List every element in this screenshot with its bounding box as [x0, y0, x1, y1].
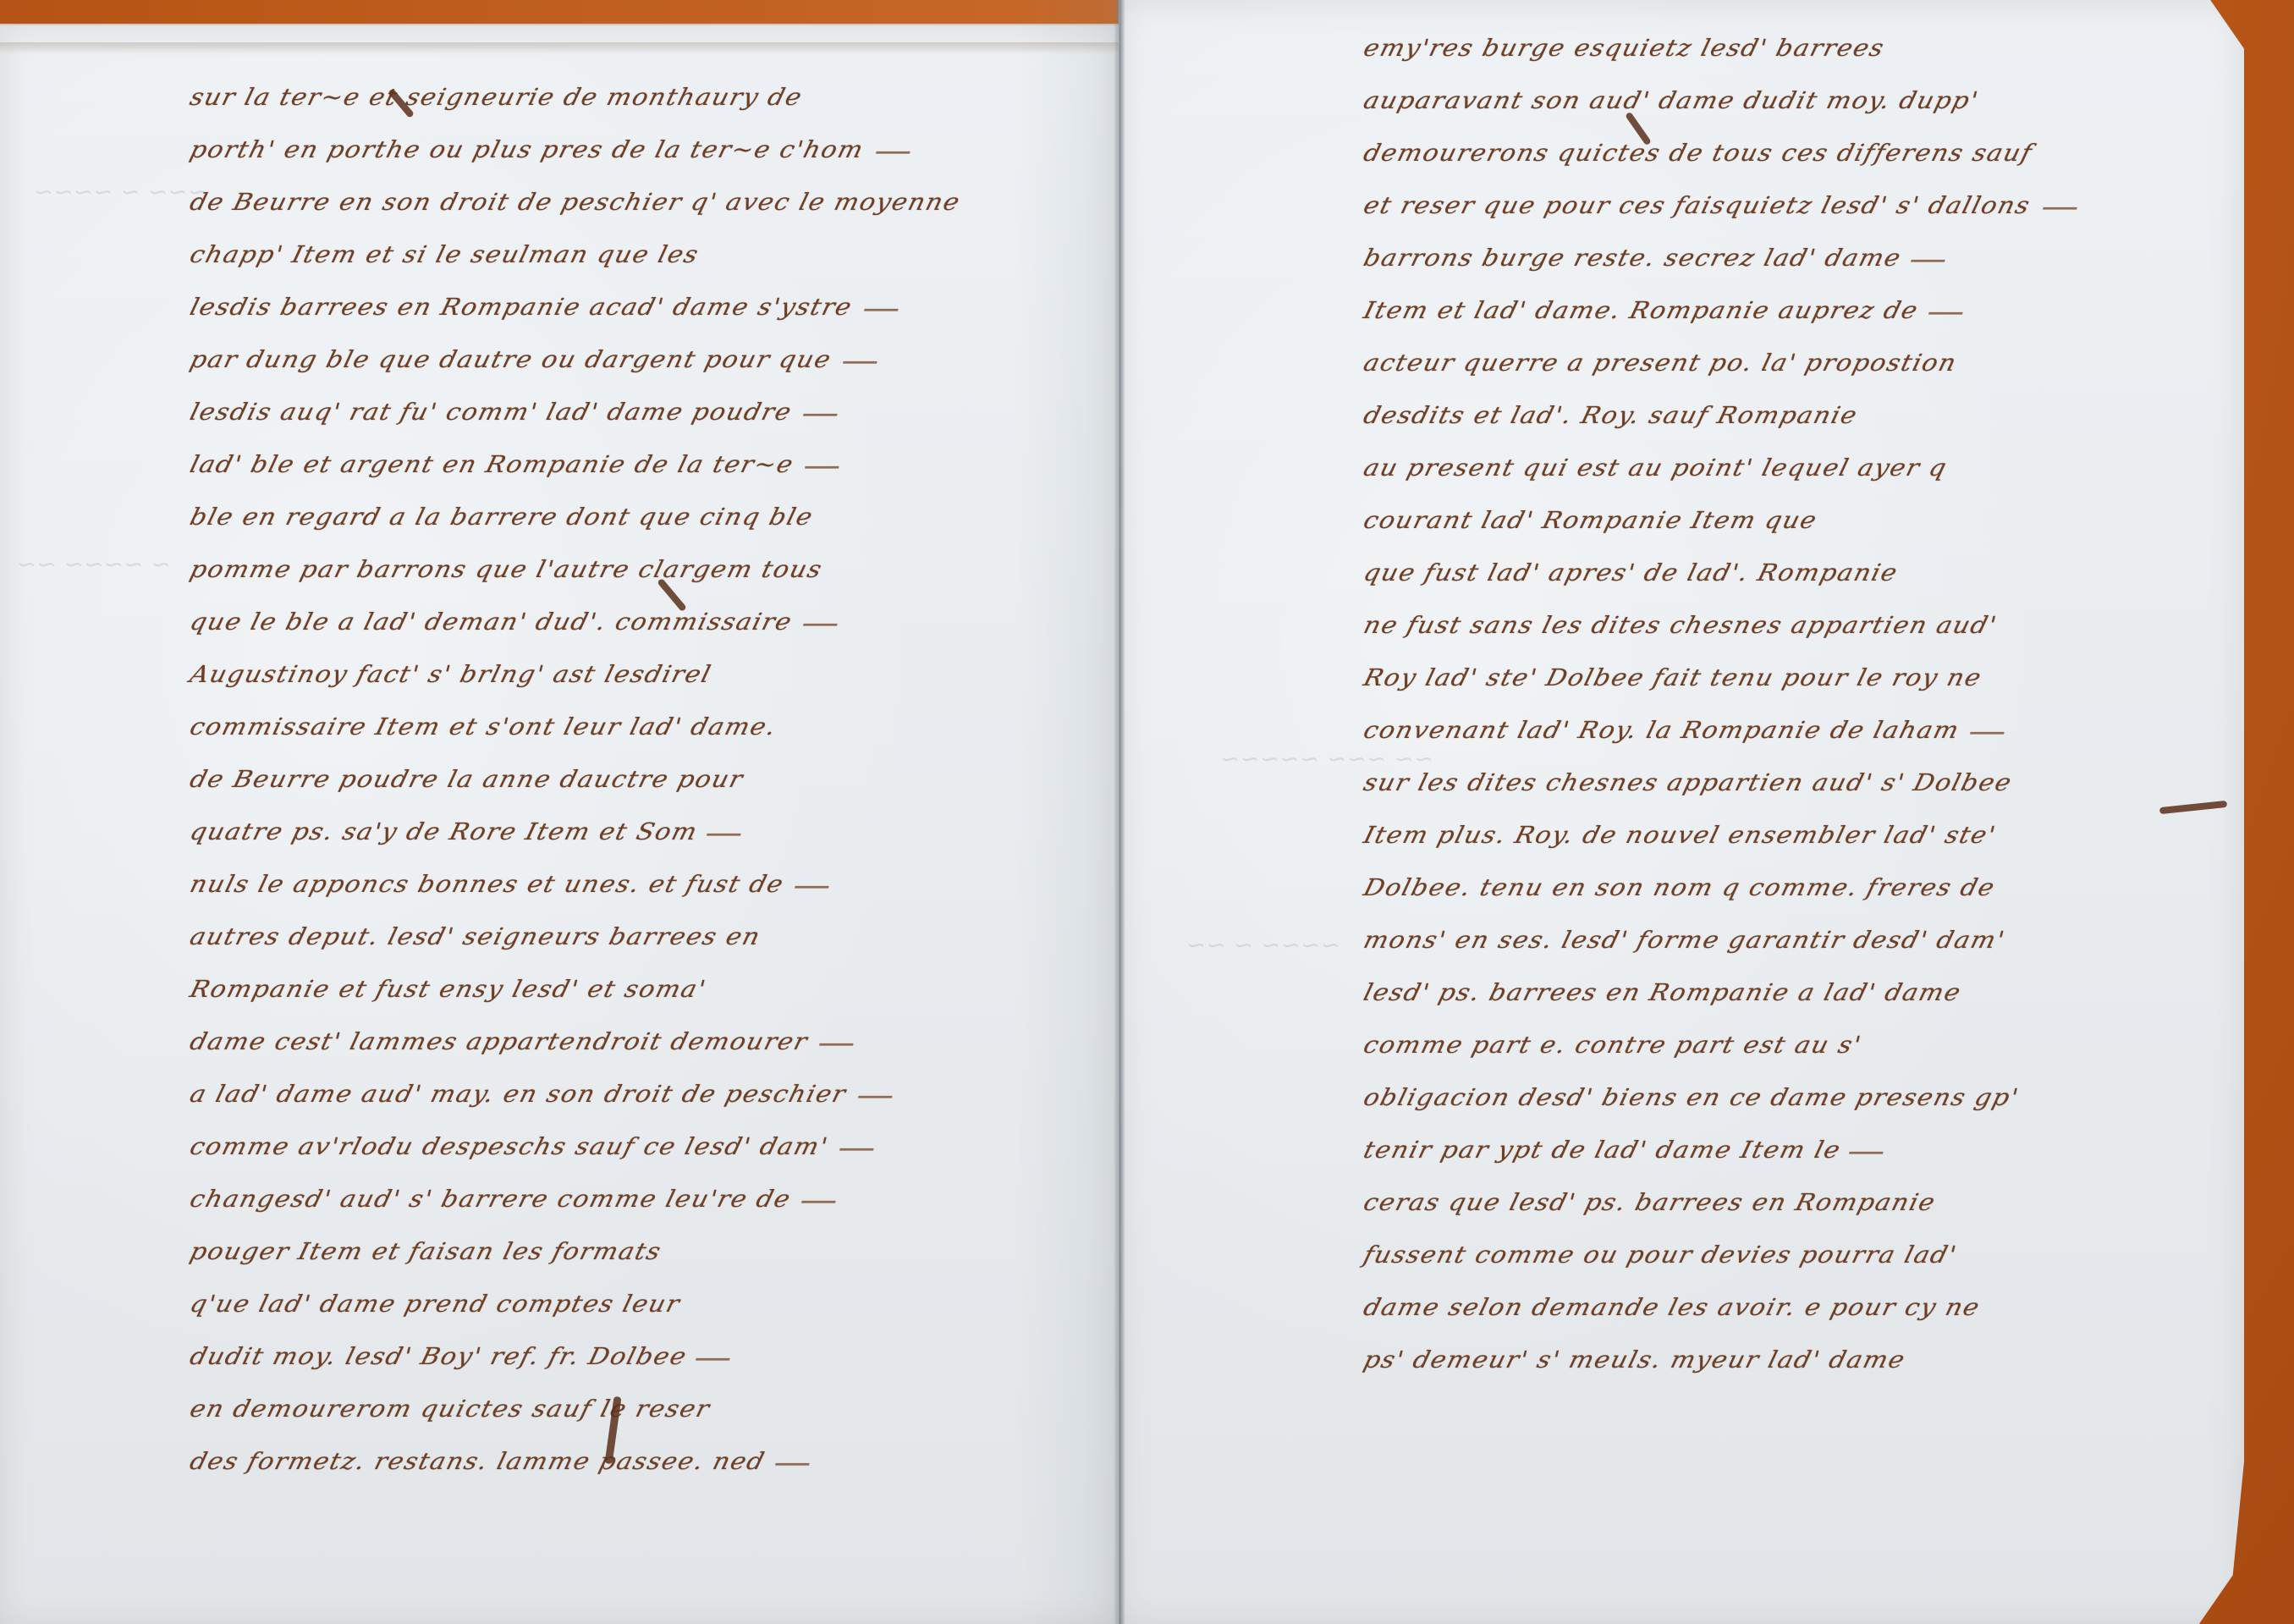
manuscript-line: quatre ps. sa'y de Rore Item et Som	[187, 818, 701, 845]
torn-top-edge	[0, 42, 1119, 54]
manuscript-line: que le ble a lad' deman' dud'. commissai…	[187, 608, 795, 636]
manuscript-line: Item plus. Roy. de nouvel ensembler lad'…	[1361, 822, 2000, 849]
manuscript-line: Roy lad' ste' Dolbee fait tenu pour le r…	[1361, 664, 1985, 691]
manuscript-line: comme part e. contre part est au s'	[1361, 1032, 1864, 1059]
manuscript-line: pouger Item et faisan les formats	[187, 1238, 664, 1265]
manuscript-line: convenant lad' Roy. la Rompanie de laham	[1361, 717, 1962, 744]
manuscript-line: au present qui est au point' lequel ayer…	[1361, 454, 1950, 482]
manuscript-line: fussent comme ou pour devies pourra lad'	[1361, 1241, 1960, 1269]
manuscript-line: des formetz. restans. lamme passee. ned	[187, 1448, 768, 1475]
manuscript-line: q'ue lad' dame prend comptes leur	[187, 1291, 684, 1318]
manuscript-line: pomme par barrons que l'autre clargem to…	[187, 556, 825, 583]
left-page-text: sur la ter~e et seigneurie de monthaury …	[190, 83, 1104, 1479]
manuscript-line: ne fust sans les dites chesnes appartien…	[1361, 612, 2000, 639]
manuscript-line: a lad' dame aud' may. en son droit de pe…	[187, 1081, 850, 1108]
manuscript-line: Augustinoy fact' s' brlng' ast lesdirel	[187, 661, 714, 688]
manuscript-line: et reser que pour ces faisquietz lesd' s…	[1361, 192, 2033, 219]
manuscript-line: courant lad' Rompanie Item que	[1361, 507, 1820, 534]
manuscript-line: dame cest' lammes appartendroit demourer	[187, 1028, 811, 1055]
manuscript-spread: ~~~ ~ ~~~~ ~ ~~~~ ~~ sur la ter~e et sei…	[0, 0, 2294, 1624]
manuscript-line: emy'res burge esquietz lesd' barrees	[1361, 35, 1888, 62]
manuscript-line: porth' en porthe ou plus pres de la ter~…	[187, 136, 866, 163]
manuscript-line: mons' en ses. lesd' forme garantir desd'…	[1361, 927, 2008, 954]
right-page: ~~ ~~~ ~~~~~ ~~~~ ~ ~~ emy'res burge esq…	[1119, 0, 2244, 1624]
manuscript-line: barrons burge reste. secrez lad' dame	[1361, 245, 1904, 272]
manuscript-line: ble en regard a la barrere dont que cinq…	[187, 504, 817, 531]
manuscript-line: acteur querre a present po. la' proposti…	[1361, 350, 1960, 377]
manuscript-line: Item et lad' dame. Rompanie auprez de	[1361, 297, 1922, 324]
manuscript-line: lesd' ps. barrees en Rompanie a lad' dam…	[1361, 979, 1964, 1006]
page-gutter	[1114, 0, 1125, 1624]
manuscript-line: desdits et lad'. Roy. sauf Rompanie	[1361, 402, 1861, 429]
manuscript-line: par dung ble que dautre ou dargent pour …	[187, 346, 834, 373]
right-page-text: emy'res burge esquietz lesd' barrees aup…	[1364, 34, 2227, 1405]
manuscript-line: tenir par ypt de lad' dame Item le	[1361, 1137, 1844, 1164]
manuscript-line: obligacion desd' biens en ce dame presen…	[1361, 1084, 2022, 1111]
manuscript-line: lesdis auq' rat fu' comm' lad' dame poud…	[187, 399, 795, 426]
manuscript-line: sur la ter~e et seigneurie de monthaury …	[187, 84, 806, 111]
bleed-through-text: ~~~~ ~ ~~	[1184, 931, 1343, 959]
manuscript-line: dudit moy. lesd' Boy' ref. fr. Dolbee	[187, 1343, 690, 1370]
manuscript-line: commissaire Item et s'ont leur lad' dame…	[187, 713, 779, 740]
manuscript-line: auparavant son aud' dame dudit moy. dupp…	[1361, 87, 1982, 114]
fold-shadow	[1015, 0, 1117, 1624]
manuscript-line: ceras que lesd' ps. barrees en Rompanie	[1361, 1189, 1939, 1216]
manuscript-line: ps' demeur' s' meuls. myeur lad' dame	[1361, 1346, 1908, 1374]
manuscript-line: sur les dites chesnes appartien aud' s' …	[1361, 769, 2015, 796]
manuscript-line: changesd' aud' s' barrere comme leu're d…	[187, 1186, 794, 1213]
manuscript-line: Rompanie et fust ensy lesd' et soma'	[187, 976, 709, 1003]
manuscript-line: en demourerom quictes sauf le reser	[187, 1396, 713, 1423]
manuscript-line: que fust lad' apres' de lad'. Rompanie	[1361, 559, 1901, 586]
manuscript-line: lad' ble et argent en Rompanie de la ter…	[187, 451, 797, 478]
manuscript-line: chapp' Item et si le seulman que les	[187, 241, 701, 268]
manuscript-line: dame selon demande les avoir. e pour cy …	[1361, 1294, 1983, 1321]
manuscript-line: autres deput. lesd' seigneurs barrees en	[187, 923, 764, 950]
manuscript-line: comme av'rlodu despeschs sauf ce lesd' d…	[187, 1133, 831, 1160]
manuscript-line: de Beurre poudre la anne dauctre pour	[187, 766, 746, 793]
bleed-through-text: ~ ~~~~ ~~	[14, 550, 173, 578]
manuscript-line: de Beurre en son droit de peschier q' av…	[187, 189, 963, 216]
manuscript-line: demourerons quictes de tous ces differen…	[1361, 140, 2035, 167]
bleed-through-text: ~~~ ~ ~~~~	[31, 178, 210, 206]
manuscript-line: Dolbee. tenu en son nom q comme. freres …	[1361, 874, 1998, 901]
manuscript-line: lesdis barrees en Rompanie acad' dame s'…	[187, 294, 855, 321]
left-page: ~~~ ~ ~~~~ ~ ~~~~ ~~ sur la ter~e et sei…	[0, 24, 1119, 1624]
manuscript-line: nuls le apponcs bonnes et unes. et fust …	[187, 871, 787, 898]
